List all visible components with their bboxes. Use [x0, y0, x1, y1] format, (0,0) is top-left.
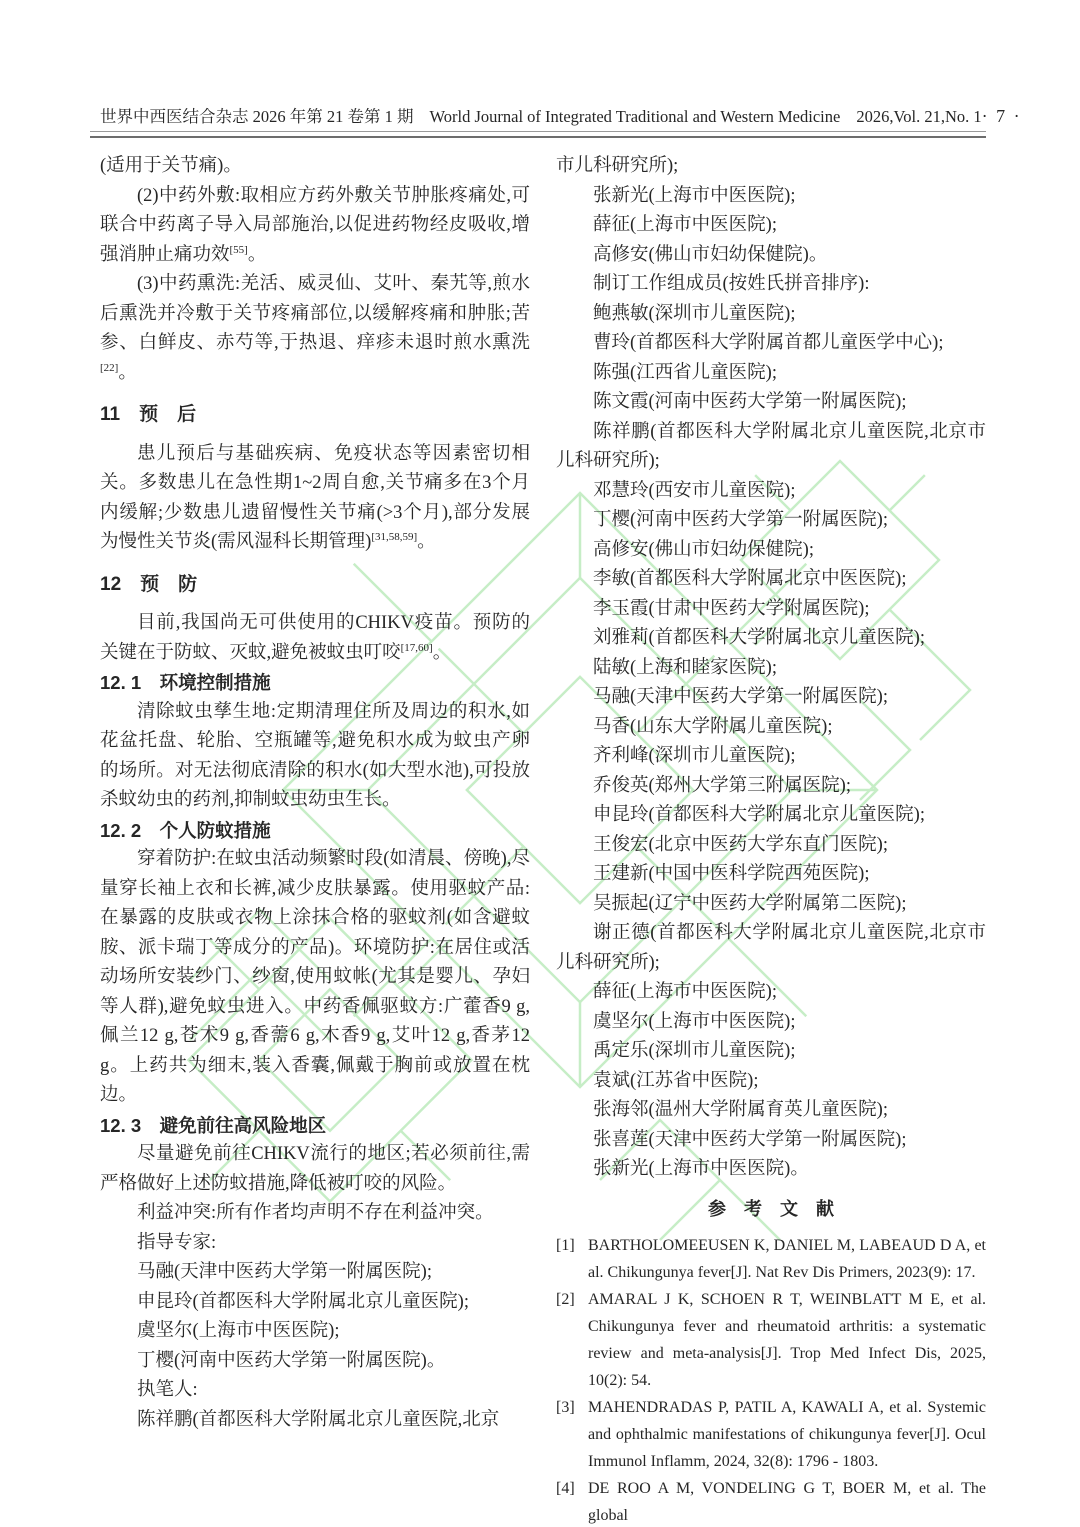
paragraph: 高修安(佛山市妇幼保健院)。: [556, 241, 986, 271]
paragraph: 李玉霞(甘肃中医药大学附属医院);: [556, 595, 986, 625]
paragraph: 刘雅莉(首都医科大学附属北京儿童医院);: [556, 624, 986, 654]
paragraph: 王建新(中国中医科学院西苑医院);: [556, 860, 986, 890]
citation-superscript: [22]: [100, 361, 118, 373]
journal-page: 世界中西医结合杂志 2026 年第 21 卷第 1 期 World Journa…: [0, 0, 1080, 1527]
paragraph: 高修安(佛山市妇幼保健院);: [556, 536, 986, 566]
paragraph: 邓慧玲(西安市儿童医院);: [556, 477, 986, 507]
paragraph: 马融(天津中医药大学第一附属医院);: [556, 683, 986, 713]
references-heading: 参 考 文 献: [556, 1195, 986, 1225]
paragraph: 丁樱(河南中医药大学第一附属医院)。: [100, 1347, 530, 1377]
paragraph: 张海邻(温州大学附属育英儿童医院);: [556, 1096, 986, 1126]
paragraph: 薛征(上海市中医医院);: [556, 211, 986, 241]
citation-superscript: [31,58,59]: [371, 531, 417, 543]
paragraph: 张新光(上海市中医医院);: [556, 182, 986, 212]
journal-info: 世界中西医结合杂志 2026 年第 21 卷第 1 期 World Journa…: [100, 103, 982, 127]
paragraph: 谢正德(首都医科大学附属北京儿童医院,北京市儿科研究所);: [556, 919, 986, 978]
paragraph: 张新光(上海市中医医院)。: [556, 1155, 986, 1185]
section-heading: 12. 1 环境控制措施: [100, 668, 530, 698]
journal-issue: 2026,Vol. 21,No. 1: [856, 107, 981, 127]
paragraph: 申昆玲(首都医科大学附属北京儿童医院);: [556, 801, 986, 831]
reference-text: DE ROO A M, VONDELING G T, BOER M, et al…: [588, 1480, 986, 1524]
page-number: · 7 ·: [982, 106, 1022, 127]
paragraph: 王俊宏(北京中医药大学东直门医院);: [556, 831, 986, 861]
paragraph: 指导专家:: [100, 1229, 530, 1259]
section-heading: 12. 2 个人防蚊措施: [100, 816, 530, 846]
reference-item: [2]AMARAL J K, SCHOEN R T, WEINBLATT M E…: [556, 1286, 986, 1394]
paragraph: 薛征(上海市中医医院);: [556, 978, 986, 1008]
paragraph: 陆敏(上海和睦家医院);: [556, 654, 986, 684]
paragraph: 利益冲突:所有作者均声明不存在利益冲突。: [100, 1199, 530, 1229]
paragraph: 清除蚊虫孳生地:定期清理住所及周边的积水,如花盆托盘、轮胎、空瓶罐等,避免积水成…: [100, 698, 530, 816]
paragraph: 乔俊英(郑州大学第三附属医院);: [556, 772, 986, 802]
paragraph: 陈祥鹏(首都医科大学附属北京儿童医院,北京: [100, 1406, 530, 1436]
paragraph: 尽量避免前往CHIKV流行的地区;若必须前往,需严格做好上述防蚊措施,降低被叮咬…: [100, 1140, 530, 1199]
journal-title-zh: 世界中西医结合杂志 2026 年第 21 卷第 1 期: [100, 103, 414, 127]
paragraph: 鲍燕敏(深圳市儿童医院);: [556, 300, 986, 330]
reference-text: AMARAL J K, SCHOEN R T, WEINBLATT M E, e…: [588, 1291, 986, 1389]
paragraph: (2)中药外敷:取相应方药外敷关节肿胀疼痛处,可联合中药离子导入局部施治,以促进…: [100, 182, 530, 271]
journal-title-en: World Journal of Integrated Traditional …: [430, 107, 841, 127]
paragraph: (适用于关节痛)。: [100, 152, 530, 182]
paragraph: 张喜莲(天津中医药大学第一附属医院);: [556, 1126, 986, 1156]
section-heading: 11 预 后: [100, 400, 530, 430]
reference-item: [1]BARTHOLOMEEUSEN K, DANIEL M, LABEAUD …: [556, 1232, 986, 1286]
paragraph: 袁斌(江苏省中医院);: [556, 1067, 986, 1097]
paragraph: 市儿科研究所);: [556, 152, 986, 182]
paragraph: 吴振起(辽宁中医药大学附属第二医院);: [556, 890, 986, 920]
paragraph: 陈强(江西省儿童医院);: [556, 359, 986, 389]
paragraph: 陈祥鹏(首都医科大学附属北京儿童医院,北京市儿科研究所);: [556, 418, 986, 477]
reference-item: [3]MAHENDRADAS P, PATIL A, KAWALI A, et …: [556, 1394, 986, 1475]
reference-text: BARTHOLOMEEUSEN K, DANIEL M, LABEAUD D A…: [588, 1237, 986, 1281]
paragraph: 虞坚尔(上海市中医医院);: [100, 1317, 530, 1347]
reference-label: [4]: [556, 1475, 575, 1502]
running-head: 世界中西医结合杂志 2026 年第 21 卷第 1 期 World Journa…: [100, 103, 986, 127]
paragraph: 曹玲(首都医科大学附属首都儿童医学中心);: [556, 329, 986, 359]
paragraph: 马融(天津中医药大学第一附属医院);: [100, 1258, 530, 1288]
reference-label: [1]: [556, 1232, 575, 1259]
paragraph: 目前,我国尚无可供使用的CHIKV疫苗。预防的关键在于防蚊、灭蚊,避免被蚊虫叮咬…: [100, 609, 530, 668]
header-rule: [90, 131, 986, 138]
right-column: 市儿科研究所);张新光(上海市中医医院);薛征(上海市中医医院);高修安(佛山市…: [556, 152, 986, 1527]
section-heading: 12. 3 避免前往高风险地区: [100, 1111, 530, 1141]
reference-label: [2]: [556, 1286, 575, 1313]
page-body: (适用于关节痛)。(2)中药外敷:取相应方药外敷关节肿胀疼痛处,可联合中药离子导…: [100, 152, 986, 1527]
paragraph: 齐利峰(深圳市儿童医院);: [556, 742, 986, 772]
left-column: (适用于关节痛)。(2)中药外敷:取相应方药外敷关节肿胀疼痛处,可联合中药离子导…: [100, 152, 530, 1527]
paragraph: 执笔人:: [100, 1376, 530, 1406]
citation-superscript: [55]: [230, 243, 248, 255]
paragraph: 李敏(首都医科大学附属北京中医医院);: [556, 565, 986, 595]
reference-item: [4]DE ROO A M, VONDELING G T, BOER M, et…: [556, 1475, 986, 1527]
paragraph: (3)中药熏洗:羌活、威灵仙、艾叶、秦艽等,煎水后熏洗并冷敷于关节疼痛部位,以缓…: [100, 270, 530, 388]
paragraph: 患儿预后与基础疾病、免疫状态等因素密切相关。多数患儿在急性期1~2周自愈,关节痛…: [100, 440, 530, 558]
paragraph: 马香(山东大学附属儿童医院);: [556, 713, 986, 743]
section-heading: 12 预 防: [100, 570, 530, 600]
paragraph: 穿着防护:在蚊虫活动频繁时段(如清晨、傍晚),尽量穿长袖上衣和长裤,减少皮肤暴露…: [100, 845, 530, 1111]
paragraph: 丁樱(河南中医药大学第一附属医院);: [556, 506, 986, 536]
paragraph: 陈文霞(河南中医药大学第一附属医院);: [556, 388, 986, 418]
paragraph: 禹定乐(深圳市儿童医院);: [556, 1037, 986, 1067]
paragraph: 制订工作组成员(按姓氏拼音排序):: [556, 270, 986, 300]
citation-superscript: [17,60]: [401, 641, 433, 653]
reference-text: MAHENDRADAS P, PATIL A, KAWALI A, et al.…: [588, 1399, 986, 1470]
reference-label: [3]: [556, 1394, 575, 1421]
paragraph: 虞坚尔(上海市中医医院);: [556, 1008, 986, 1038]
paragraph: 申昆玲(首都医科大学附属北京儿童医院);: [100, 1288, 530, 1318]
